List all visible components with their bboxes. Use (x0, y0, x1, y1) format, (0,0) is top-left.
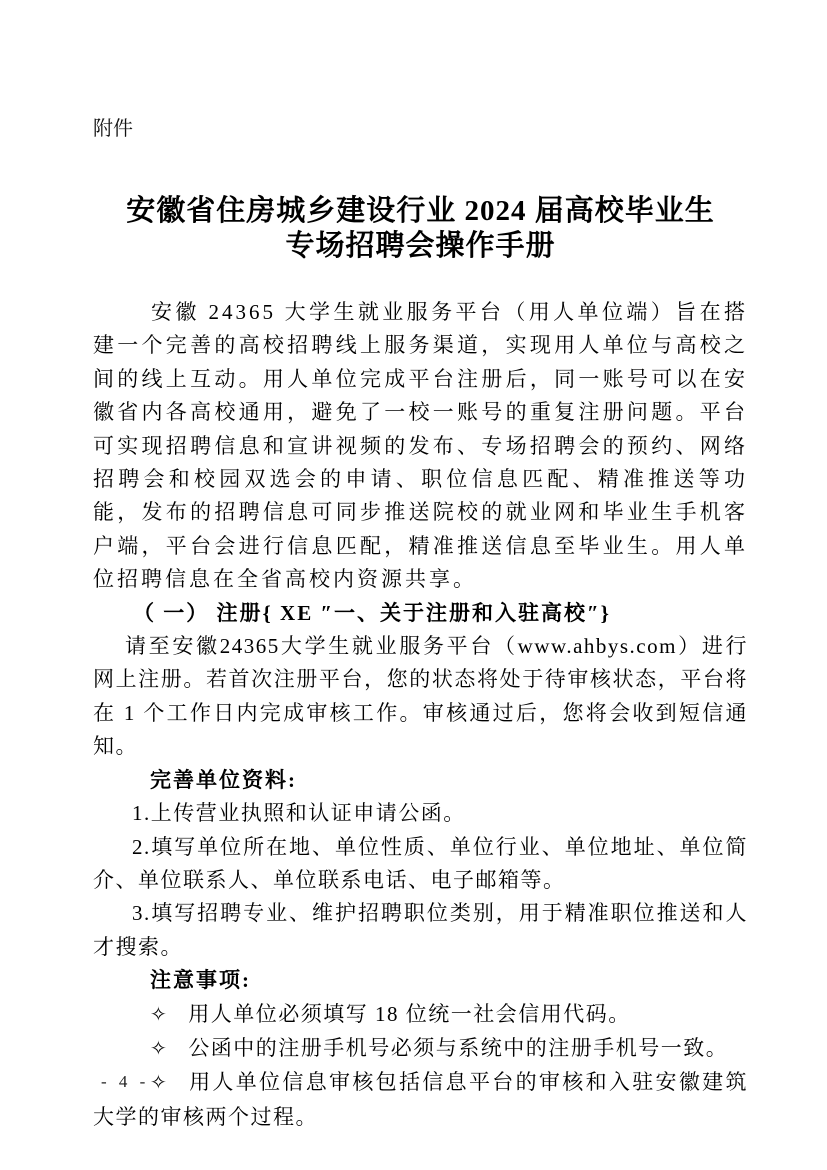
page-number: - 4 - (101, 1072, 149, 1092)
profile-item-1: 1.上传营业执照和认证申请公函。 (93, 797, 748, 830)
profile-item-3: 3.填写招聘专业、维护招聘职位类别，用于精准职位推送和人才搜索。 (93, 897, 748, 964)
title-line-2: 专场招聘会操作手册 (93, 229, 748, 264)
document-title: 安徽省住房城乡建设行业 2024 届高校毕业生 专场招聘会操作手册 (93, 194, 748, 264)
notes-heading: 注意事项: (93, 964, 748, 997)
profile-heading: 完善单位资料: (93, 764, 748, 797)
notes-item-2-text: 公函中的注册手机号必须与系统中的注册手机号一致。 (188, 1036, 728, 1060)
intro-paragraph: 安徽 24365 大学生就业服务平台（用人单位端）旨在搭建一个完善的高校招聘线上… (93, 296, 748, 597)
notes-item-1-text: 用人单位必须填写 18 位统一社会信用代码。 (188, 1002, 631, 1026)
diamond-bullet-icon: ✧ (150, 999, 188, 1032)
section1-heading: （ 一） 注册{ XE ″一、关于注册和入驻高校″} (93, 597, 748, 630)
notes-item-3-text: 用人单位信息审核包括信息平台的审核和入驻安徽建筑大学的审核两个过程。 (93, 1070, 748, 1128)
profile-item-2: 2.填写单位所在地、单位性质、单位行业、单位地址、单位简介、单位联系人、单位联系… (93, 831, 748, 898)
notes-item-3: ✧用人单位信息审核包括信息平台的审核和入驻安徽建筑大学的审核两个过程。 (93, 1066, 748, 1134)
document-body: 安徽 24365 大学生就业服务平台（用人单位端）旨在搭建一个完善的高校招聘线上… (93, 296, 748, 1134)
title-line-1: 安徽省住房城乡建设行业 2024 届高校毕业生 (93, 194, 748, 229)
attachment-label: 附件 (93, 116, 748, 142)
notes-item-2: ✧公函中的注册手机号必须与系统中的注册手机号一致。 (93, 1032, 748, 1066)
notes-item-1: ✧用人单位必须填写 18 位统一社会信用代码。 (93, 998, 748, 1032)
diamond-bullet-icon: ✧ (150, 1067, 188, 1100)
register-paragraph: 请至安徽24365大学生就业服务平台（www.ahbys.com）进行网上注册。… (93, 630, 748, 764)
document-page: 附件 安徽省住房城乡建设行业 2024 届高校毕业生 专场招聘会操作手册 安徽 … (0, 0, 827, 1170)
diamond-bullet-icon: ✧ (150, 1033, 188, 1066)
